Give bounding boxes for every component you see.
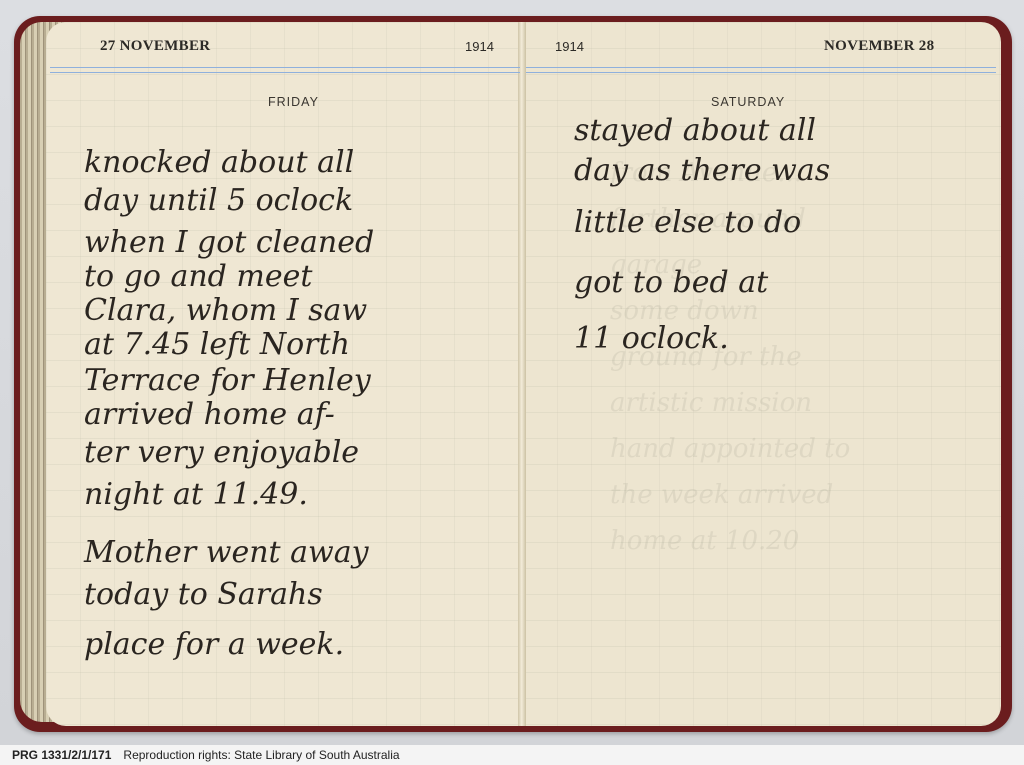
entry-line: got to bed at bbox=[574, 260, 830, 306]
diary-photograph: 27 NOVEMBER 1914 FRIDAY 1914 NOVEMBER 28… bbox=[0, 0, 1024, 745]
caption-bar: PRG 1331/2/1/171 Reproduction rights: St… bbox=[0, 745, 1024, 765]
entry-line: day as there was bbox=[574, 148, 830, 194]
entry-line: ter very enjoyable bbox=[84, 430, 374, 476]
left-year: 1914 bbox=[465, 39, 494, 54]
right-header-rule bbox=[526, 67, 996, 73]
book-gutter bbox=[518, 22, 526, 726]
right-date-label: NOVEMBER 28 bbox=[824, 38, 934, 55]
entry-line: Mother went away bbox=[84, 530, 374, 576]
entry-line: day until 5 oclock bbox=[84, 178, 374, 224]
right-day-name: SATURDAY bbox=[711, 95, 785, 109]
entry-line: place for a week. bbox=[84, 622, 374, 668]
right-entry: stayed about all day as there was little… bbox=[574, 108, 830, 362]
left-day-name: FRIDAY bbox=[268, 95, 319, 109]
record-id: PRG 1331/2/1/171 bbox=[12, 748, 111, 762]
rights-statement: Reproduction rights: State Library of So… bbox=[123, 748, 399, 762]
entry-line: night at 11.49. bbox=[84, 472, 374, 518]
right-year: 1914 bbox=[555, 39, 584, 54]
entry-line: little else to do bbox=[574, 200, 830, 246]
entry-line: 11 oclock. bbox=[574, 316, 830, 362]
left-entry: knocked about all day until 5 oclock whe… bbox=[84, 140, 374, 668]
left-header-rule bbox=[50, 67, 520, 73]
left-date-label: 27 NOVEMBER bbox=[100, 38, 210, 55]
entry-line: today to Sarahs bbox=[84, 572, 374, 618]
entry-line-blank bbox=[84, 518, 374, 530]
